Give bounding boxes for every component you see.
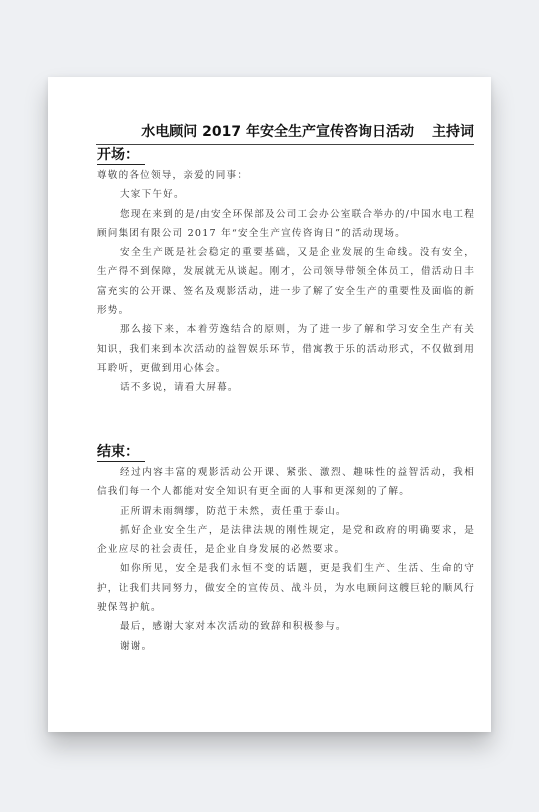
closing-body: 经过内容丰富的观影活动公开课、紧张、激烈、趣味性的益智活动，我相信我们每一个人都… <box>97 463 475 656</box>
paragraph: 大家下午好。 <box>97 185 475 204</box>
paragraph: 经过内容丰富的观影活动公开课、紧张、激烈、趣味性的益智活动，我相信我们每一个人都… <box>97 463 475 502</box>
paragraph: 如你所见，安全是我们永恒不变的话题，更是我们生产、生活、生命的守护，让我们共同努… <box>97 559 475 617</box>
opening-heading: 开场： <box>97 147 145 165</box>
document-page: 水电顾问 2017 年安全生产宣传咨询日活动主持词 开场： 尊敬的各位领导，亲爱… <box>48 77 491 732</box>
paragraph: 您现在来到的是/由安全环保部及公司工会办公室联合举办的/中国水电工程顾问集团有限… <box>97 205 475 244</box>
paragraph: 正所谓未雨绸缪，防范于未然，责任重于泰山。 <box>97 502 475 521</box>
paragraph: 那么接下来，本着劳逸结合的原则，为了进一步了解和学习安全生产有关知识，我们来到本… <box>97 320 475 378</box>
title-rule <box>96 144 474 145</box>
paragraph: 最后，感谢大家对本次活动的致辞和积极参与。 <box>97 617 475 636</box>
salutation: 尊敬的各位领导，亲爱的同事： <box>97 166 475 185</box>
paragraph: 话不多说，请看大屏幕。 <box>97 378 475 397</box>
title-main: 水电顾问 2017 年安全生产宣传咨询日活动 <box>141 124 414 140</box>
closing-heading: 结束： <box>97 444 145 462</box>
paragraph: 谢谢。 <box>97 637 475 656</box>
paragraph: 抓好企业安全生产，是法律法规的刚性规定，是党和政府的明确要求，是企业应尽的社会责… <box>97 521 475 560</box>
document-title: 水电顾问 2017 年安全生产宣传咨询日活动主持词 <box>96 121 474 141</box>
title-suffix: 主持词 <box>432 124 474 140</box>
opening-body: 尊敬的各位领导，亲爱的同事： 大家下午好。 您现在来到的是/由安全环保部及公司工… <box>97 166 475 398</box>
paragraph: 安全生产既是社会稳定的重要基础，又是企业发展的生命线。没有安全，生产得不到保障，… <box>97 243 475 320</box>
